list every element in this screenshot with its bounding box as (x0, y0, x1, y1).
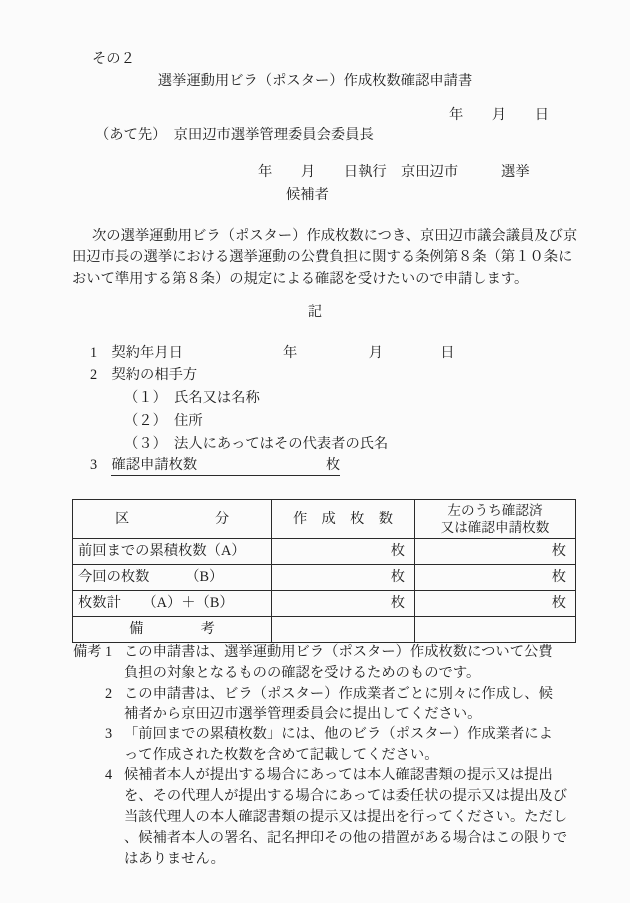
note-3-line-1: 「前回までの累積枚数」には、他のビラ（ポスター）作成業者によ (124, 724, 553, 745)
note-4-line-5: はありません。 (124, 849, 225, 870)
addressee-line: （あて先） 京田辺市選挙管理委員会委員長 (95, 125, 374, 146)
note-1-line-2: 負担の対象となるものの確認を受けるためのものです。 (124, 663, 480, 684)
application-date-line: 年 月 日 (449, 105, 549, 126)
note-4-line-2: を、その代理人が提出する場合にあっては委任状の提示又は提出及び (124, 786, 567, 807)
header-confirmed-line2: 又は確認申請枚数 (441, 520, 550, 535)
table-header-row: 区 分 作 成 枚 数 左のうち確認済又は確認申請枚数 (73, 500, 576, 539)
row-made-unit: 枚 (272, 591, 415, 617)
table-row-total: 枚数計 （A）＋（B） 枚 枚 (73, 591, 576, 617)
form-title: 選挙運動用ビラ（ポスター）作成枚数確認申請書 (0, 71, 630, 92)
note-3-line-2: って作成された枚数を含めて記載してください。 (124, 745, 439, 766)
table-row-remarks: 備 考 (73, 617, 576, 643)
item-requested-count-number: 3 (90, 457, 111, 473)
candidate-label: 候補者 (286, 185, 329, 206)
row-confirmed-unit: 枚 (415, 591, 576, 617)
body-paragraph-line-2: 田辺市長の選挙における選挙運動の公費負担に関する条例第８条（第１０条に (72, 247, 572, 268)
row-made-unit: 枚 (272, 565, 415, 591)
note-2-number: 2 (105, 684, 112, 705)
subitem-name: （１） 氏名又は名称 (124, 388, 260, 409)
subitem-representative: （３） 法人にあってはその代表者の氏名 (124, 434, 388, 455)
note-2-line-2: 補者から京田辺市選挙管理委員会に提出してください。 (124, 704, 481, 725)
note-4-line-3: 当該代理人の本人確認書類の提示又は提出を行ってください。ただし (124, 807, 567, 828)
application-form-document: その２ 選挙運動用ビラ（ポスター）作成枚数確認申請書 年 月 日 （あて先） 京… (0, 0, 630, 903)
note-3-number: 3 (105, 724, 112, 745)
table-row-previous-total: 前回までの累積枚数（A） 枚 枚 (73, 539, 576, 565)
note-1-number: 1 (105, 642, 112, 663)
row-label: 前回までの累積枚数（A） (73, 539, 272, 565)
production-count-table: 区 分 作 成 枚 数 左のうち確認済又は確認申請枚数 前回までの累積枚数（A）… (72, 499, 576, 643)
row-confirmed-unit: 枚 (415, 539, 576, 565)
header-confirmed-line1: 左のうち確認済 (447, 503, 542, 518)
note-1-line-1: この申請書は、選挙運動用ビラ（ポスター）作成枚数について公費 (124, 642, 553, 663)
item-contract-party: 2 契約の相手方 (90, 365, 197, 386)
note-4-line-1: 候補者本人が提出する場合にあっては本人確認書類の提示又は提出 (124, 765, 553, 786)
row-confirmed-unit: 枚 (415, 565, 576, 591)
remarks-made-cell (272, 617, 415, 643)
header-category: 区 分 (73, 500, 272, 539)
header-confirmed-count: 左のうち確認済又は確認申請枚数 (415, 500, 576, 539)
row-made-unit: 枚 (272, 539, 415, 565)
note-4-number: 4 (105, 765, 112, 786)
table-row-current: 今回の枚数 （B） 枚 枚 (73, 565, 576, 591)
section-marker-ki: 記 (0, 302, 630, 323)
header-made-count: 作 成 枚 数 (272, 500, 415, 539)
body-paragraph-line-3: おいて準用する第８条）の規定による確認を受けたいので申請します。 (72, 269, 528, 290)
item-requested-count: 3 確認申請枚数 枚 (90, 455, 340, 476)
note-4-line-4: 、候補者本人の署名、記名押印その他の措置がある場合はこの限りで (124, 828, 567, 849)
subitem-address: （２） 住所 (124, 411, 203, 432)
item-contract-date: 1 契約年月日 年 月 日 (90, 343, 455, 364)
notes-label: 備考 (73, 642, 102, 663)
remarks-label: 備 考 (73, 617, 272, 643)
row-label: 今回の枚数 （B） (73, 565, 272, 591)
note-2-line-1: この申請書は、ビラ（ポスター）作成業者ごとに別々に作成し、候 (124, 684, 553, 705)
election-execution-line: 年 月 日執行 京田辺市 選挙 (258, 162, 530, 183)
row-label: 枚数計 （A）＋（B） (73, 591, 272, 617)
item-requested-count-blank: 確認申請枚数 枚 (111, 457, 340, 476)
page-tag: その２ (92, 49, 135, 70)
body-paragraph-line-1: 次の選挙運動用ビラ（ポスター）作成枚数につき、京田辺市議会議員及び京 (92, 226, 577, 247)
remarks-confirmed-cell (415, 617, 576, 643)
